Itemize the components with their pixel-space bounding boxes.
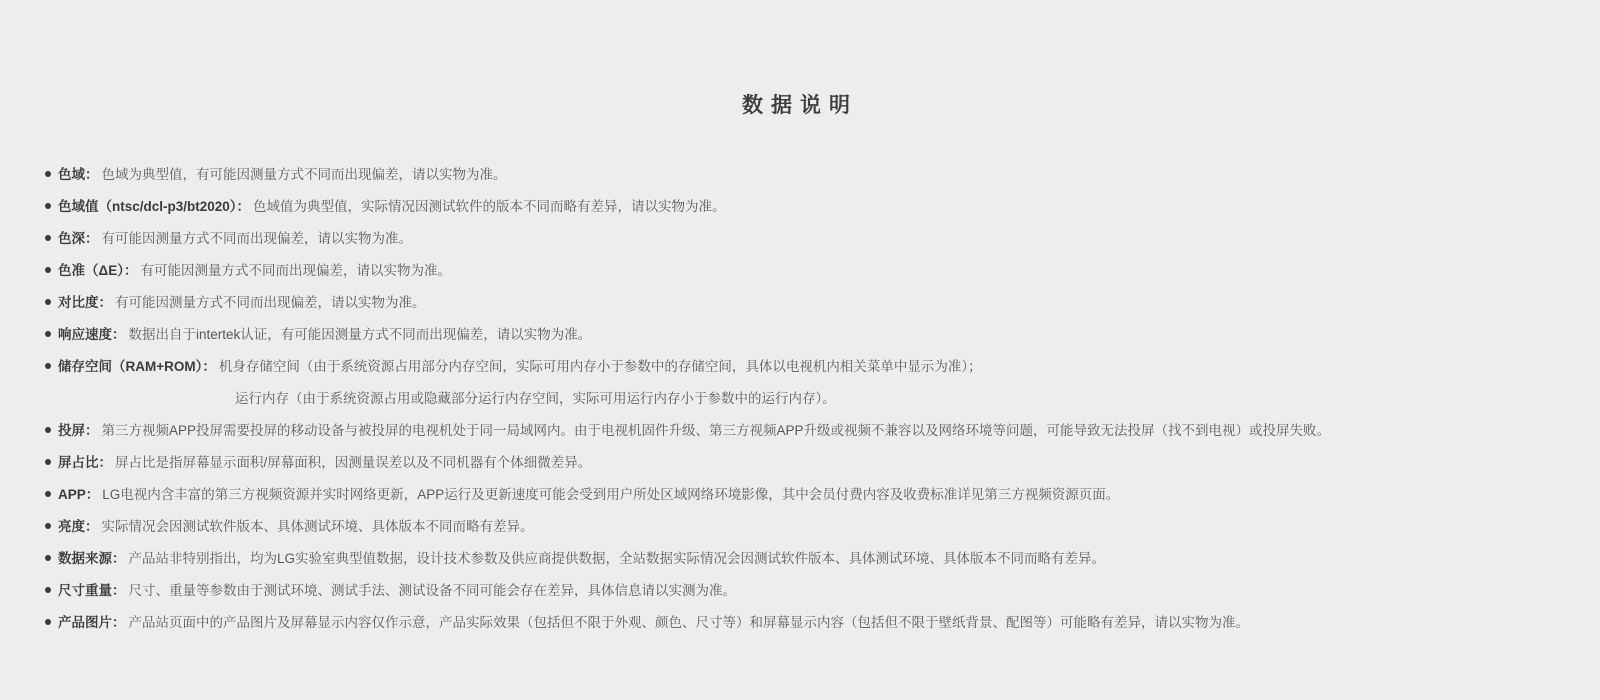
note-text: 屏占比是指屏幕显示面积/屏幕面积，因测量误差以及不同机器有个体细微差异。: [115, 455, 591, 470]
note-label: APP：: [58, 487, 99, 502]
bullet-icon: [45, 267, 51, 273]
note-text: 色域为典型值，有可能因测量方式不同而出现偏差，请以实物为准。: [102, 167, 507, 182]
notes-list: 色域：色域为典型值，有可能因测量方式不同而出现偏差，请以实物为准。 色域值（nt…: [0, 165, 1600, 632]
note-item: 储存空间（RAM+ROM）：机身存储空间（由于系统资源占用部分内存空间，实际可用…: [45, 357, 1590, 408]
note-label: 对比度：: [58, 295, 112, 310]
bullet-icon: [45, 331, 51, 337]
note-label: 数据来源：: [58, 551, 126, 566]
note-continuation: 运行内存（由于系统资源占用或隐藏部分运行内存空间，实际可用运行内存小于参数中的运…: [45, 389, 1590, 408]
note-text: 产品站非特别指出，均为LG实验室典型值数据，设计技术参数及供应商提供数据，全站数…: [129, 551, 1106, 566]
note-item: APP：LG电视内含丰富的第三方视频资源并实时网络更新，APP运行及更新速度可能…: [45, 485, 1590, 504]
note-label: 色深：: [58, 231, 99, 246]
note-text: 数据出自于intertek认证，有可能因测量方式不同而出现偏差，请以实物为准。: [129, 327, 592, 342]
page-title: 数据说明: [0, 0, 1600, 120]
note-text: LG电视内含丰富的第三方视频资源并实时网络更新，APP运行及更新速度可能会受到用…: [102, 487, 1119, 502]
bullet-icon: [45, 523, 51, 529]
note-text: 有可能因测量方式不同而出现偏差，请以实物为准。: [115, 295, 426, 310]
note-item: 尺寸重量：尺寸、重量等参数由于测试环境、测试手法、测试设备不同可能会存在差异，具…: [45, 581, 1590, 600]
note-text: 机身存储空间（由于系统资源占用部分内存空间，实际可用内存小于参数中的存储空间，具…: [219, 359, 982, 374]
note-text: 第三方视频APP投屏需要投屏的移动设备与被投屏的电视机处于同一局域网内。由于电视…: [102, 423, 1331, 438]
bullet-icon: [45, 299, 51, 305]
note-item: 屏占比：屏占比是指屏幕显示面积/屏幕面积，因测量误差以及不同机器有个体细微差异。: [45, 453, 1590, 472]
note-text: 产品站页面中的产品图片及屏幕显示内容仅作示意，产品实际效果（包括但不限于外观、颜…: [129, 615, 1250, 630]
note-label: 响应速度：: [58, 327, 126, 342]
note-label: 产品图片：: [58, 615, 126, 630]
note-label: 色准（ΔE）：: [58, 263, 137, 278]
note-label: 亮度：: [58, 519, 99, 534]
note-text: 尺寸、重量等参数由于测试环境、测试手法、测试设备不同可能会存在差异，具体信息请以…: [129, 583, 737, 598]
note-text: 有可能因测量方式不同而出现偏差，请以实物为准。: [102, 231, 413, 246]
bullet-icon: [45, 491, 51, 497]
data-notes-page: 数据说明 色域：色域为典型值，有可能因测量方式不同而出现偏差，请以实物为准。 色…: [0, 0, 1600, 700]
note-label: 储存空间（RAM+ROM）：: [58, 359, 216, 374]
note-text: 色域值为典型值，实际情况因测试软件的版本不同而略有差异，请以实物为准。: [253, 199, 726, 214]
note-label: 尺寸重量：: [58, 583, 126, 598]
note-item: 产品图片：产品站页面中的产品图片及屏幕显示内容仅作示意，产品实际效果（包括但不限…: [45, 613, 1590, 632]
bullet-icon: [45, 587, 51, 593]
note-item: 亮度：实际情况会因测试软件版本、具体测试环境、具体版本不同而略有差异。: [45, 517, 1590, 536]
bullet-icon: [45, 171, 51, 177]
note-item: 数据来源：产品站非特别指出，均为LG实验室典型值数据，设计技术参数及供应商提供数…: [45, 549, 1590, 568]
note-label: 色域：: [58, 167, 99, 182]
note-item: 投屏：第三方视频APP投屏需要投屏的移动设备与被投屏的电视机处于同一局域网内。由…: [45, 421, 1590, 440]
bullet-icon: [45, 203, 51, 209]
note-item: 对比度：有可能因测量方式不同而出现偏差，请以实物为准。: [45, 293, 1590, 312]
note-label: 投屏：: [58, 423, 99, 438]
note-text: 有可能因测量方式不同而出现偏差，请以实物为准。: [140, 263, 451, 278]
bullet-icon: [45, 235, 51, 241]
bullet-icon: [45, 459, 51, 465]
note-item: 色域值（ntsc/dcl-p3/bt2020）：色域值为典型值，实际情况因测试软…: [45, 197, 1590, 216]
note-label: 屏占比：: [58, 455, 112, 470]
bullet-icon: [45, 363, 51, 369]
bullet-icon: [45, 619, 51, 625]
note-item: 响应速度：数据出自于intertek认证，有可能因测量方式不同而出现偏差，请以实…: [45, 325, 1590, 344]
note-item: 色深：有可能因测量方式不同而出现偏差，请以实物为准。: [45, 229, 1590, 248]
bullet-icon: [45, 427, 51, 433]
bullet-icon: [45, 555, 51, 561]
note-item: 色域：色域为典型值，有可能因测量方式不同而出现偏差，请以实物为准。: [45, 165, 1590, 184]
note-text: 实际情况会因测试软件版本、具体测试环境、具体版本不同而略有差异。: [102, 519, 534, 534]
note-label: 色域值（ntsc/dcl-p3/bt2020）：: [58, 199, 250, 214]
note-item: 色准（ΔE）：有可能因测量方式不同而出现偏差，请以实物为准。: [45, 261, 1590, 280]
